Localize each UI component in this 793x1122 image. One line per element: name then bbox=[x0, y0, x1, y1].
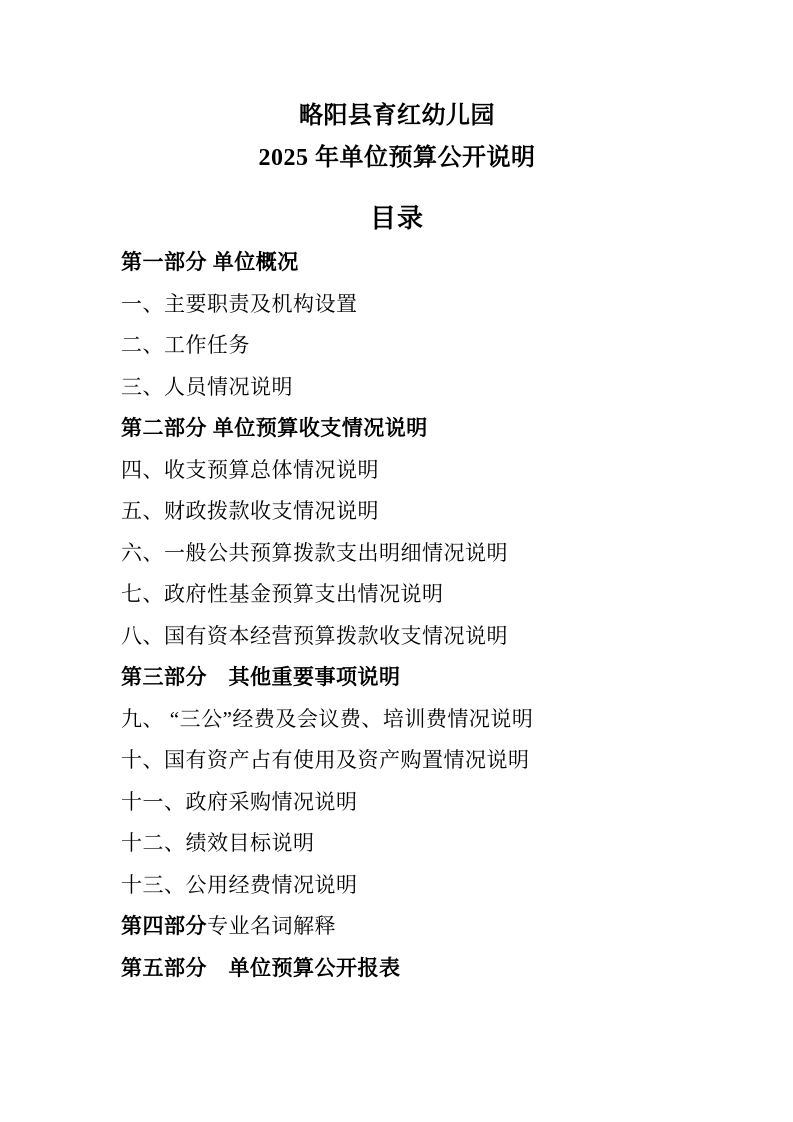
toc-section-heading-part5: 第五部分 单位预算公开报表 bbox=[121, 948, 673, 990]
toc-section-heading-part3: 第三部分 其他重要事项说明 bbox=[121, 657, 673, 699]
toc-item-13: 十三、公用经费情况说明 bbox=[121, 865, 673, 907]
toc-item-9: 九、 “三公”经费及会议费、培训费情况说明 bbox=[121, 699, 673, 741]
document-page: 略阳县育红幼儿园 2025 年单位预算公开说明 目录 第一部分 单位概况 一、主… bbox=[0, 0, 793, 1122]
toc-item-12: 十二、绩效目标说明 bbox=[121, 823, 673, 865]
toc-item-10: 十、国有资产占有使用及资产购置情况说明 bbox=[121, 740, 673, 782]
document-subtitle: 2025 年单位预算公开说明 bbox=[121, 137, 673, 179]
toc-section-part4-rest: 专业名词解释 bbox=[207, 914, 336, 938]
toc-item-7: 七、政府性基金预算支出情况说明 bbox=[121, 574, 673, 616]
document-title: 略阳县育红幼儿园 bbox=[121, 95, 673, 137]
toc-heading: 目录 bbox=[121, 197, 673, 241]
toc-item-1: 一、主要职责及机构设置 bbox=[121, 284, 673, 326]
toc-section-heading-part2: 第二部分 单位预算收支情况说明 bbox=[121, 408, 673, 450]
toc-item-11: 十一、政府采购情况说明 bbox=[121, 782, 673, 824]
toc-item-4: 四、收支预算总体情况说明 bbox=[121, 450, 673, 492]
toc-item-6: 六、一般公共预算拨款支出明细情况说明 bbox=[121, 533, 673, 575]
toc-item-2: 二、工作任务 bbox=[121, 325, 673, 367]
table-of-contents: 第一部分 单位概况 一、主要职责及机构设置 二、工作任务 三、人员情况说明 第二… bbox=[121, 242, 673, 989]
toc-item-8: 八、国有资本经营预算拨款收支情况说明 bbox=[121, 616, 673, 658]
toc-section-heading-part1: 第一部分 单位概况 bbox=[121, 242, 673, 284]
toc-item-5: 五、财政拨款收支情况说明 bbox=[121, 491, 673, 533]
toc-item-3: 三、人员情况说明 bbox=[121, 367, 673, 409]
toc-section-heading-part4: 第四部分专业名词解释 bbox=[121, 906, 673, 948]
toc-section-part4-prefix: 第四部分 bbox=[121, 914, 207, 938]
